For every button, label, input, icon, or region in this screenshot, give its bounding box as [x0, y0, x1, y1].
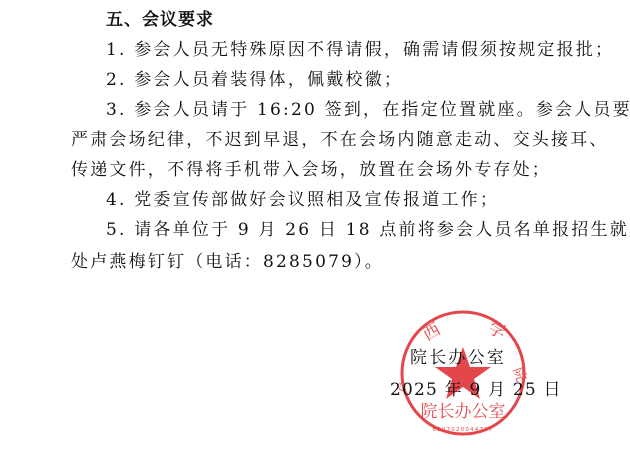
signature-office: 院长办公室	[410, 348, 506, 368]
requirement-item-5-line-1: 5. 请各单位于 9 月 26 日 18 点前将参会人员名单报招生就业	[106, 220, 630, 240]
requirement-item-2: 2. 参会人员着装得体，佩戴校徽；	[106, 70, 403, 90]
seal-arc-char-1: 西	[420, 320, 445, 346]
requirement-item-4: 4. 党委宣传部做好会议照相及宣传报道工作；	[106, 190, 499, 210]
seal-serial-number: 6207020044727	[432, 427, 493, 433]
seal-arc-char-2: 学	[485, 318, 510, 344]
official-seal-stamp: 西 学 广 院 院长办公室 6207020044727	[399, 309, 527, 437]
signature-date: 2025 年 9 月 25 日	[390, 380, 562, 400]
section-heading: 五、会议要求	[106, 10, 214, 30]
requirement-item-5-line-2: 处卢燕梅钉钉（电话：8285079）。	[71, 252, 384, 272]
requirement-item-1: 1. 参会人员无特殊原因不得请假，确需请假须按规定报批；	[106, 40, 614, 60]
document-page: 五、会议要求 1. 参会人员无特殊原因不得请假，确需请假须按规定报批； 2. 参…	[0, 0, 630, 473]
requirement-item-3-line-3: 传递文件，不得将手机带入会场，放置在会场外专存处；	[71, 160, 551, 180]
seal-center-text: 院长办公室	[421, 402, 506, 422]
requirement-item-3-line-1: 3. 参会人员请于 16:20 签到，在指定位置就座。参会人员要	[106, 100, 630, 120]
requirement-item-3-line-2: 严肃会场纪律，不迟到早退，不在会场内随意走动、交头接耳、	[71, 130, 609, 150]
